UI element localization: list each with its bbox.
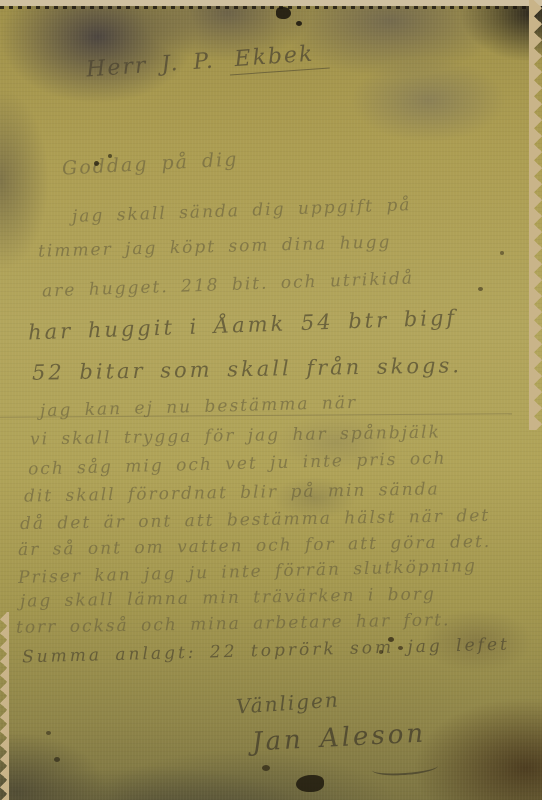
handwriting-line: dit skall förordnat blir på min sända xyxy=(24,479,440,506)
ragged-edge-line xyxy=(0,6,542,9)
ink-blotch xyxy=(296,775,324,792)
signature: Jan Aleson xyxy=(251,718,426,757)
handwriting-line: timmer jag köpt som dina hugg xyxy=(38,232,392,261)
handwriting-line: Priser kan jag ju inte förrän slutköpnin… xyxy=(18,556,477,588)
greeting-line: Goddag på dig xyxy=(62,148,239,179)
ink-speck xyxy=(500,251,504,255)
handwriting-line: 52 bitar som skall från skogs. xyxy=(32,353,462,385)
ink-speck xyxy=(46,731,51,735)
ink-speck xyxy=(379,650,383,654)
deckled-top-edge xyxy=(0,0,542,6)
handwriting-line: torr också och mina arbetare har fort. xyxy=(16,610,451,638)
ink-speck xyxy=(108,154,112,158)
handwriting-line: jag skall lämna min trävärken i borg xyxy=(20,584,436,611)
letter-photograph: Herr J. P. Ekbek Goddag på dig jag skall… xyxy=(0,0,542,800)
ink-speck xyxy=(398,646,403,650)
ink-speck xyxy=(388,637,394,642)
ink-speck xyxy=(54,757,60,762)
handwriting-line: och såg mig och vet ju inte pris och xyxy=(28,449,447,480)
handwriting-line: vi skall trygga för jag har spånbjälk xyxy=(30,422,441,449)
handwriting-line: jag kan ej nu bestämma när xyxy=(40,393,358,421)
closing-line: Vänligen xyxy=(235,687,340,718)
salutation-line: Herr J. P. Ekbek xyxy=(85,41,329,83)
handwriting-line: Summa anlagt: 22 toprörk som jag lefet xyxy=(22,635,510,668)
handwriting-line: jag skall sända dig uppgift på xyxy=(72,195,412,227)
salutation-name: Ekbek xyxy=(228,41,330,76)
handwriting-line: are hugget. 218 bit. och utrikidå xyxy=(42,269,415,302)
ink-speck xyxy=(296,21,302,26)
signature-flourish xyxy=(372,759,439,778)
ink-speck xyxy=(262,765,270,771)
handwriting-line: är så ont om vatten och for att göra det… xyxy=(18,532,492,560)
pinked-right-edge xyxy=(529,0,542,430)
pinked-left-edge xyxy=(0,612,9,800)
handwriting-line: har huggit i Åamk 54 btr bigf xyxy=(28,306,458,345)
ink-speck xyxy=(478,287,483,291)
aged-paper: Herr J. P. Ekbek Goddag på dig jag skall… xyxy=(0,5,542,800)
salutation-prefix: Herr J. P. xyxy=(85,49,215,83)
handwriting-line: då det är ont att bestämma hälst när det xyxy=(20,506,490,534)
ink-speck xyxy=(94,161,99,166)
